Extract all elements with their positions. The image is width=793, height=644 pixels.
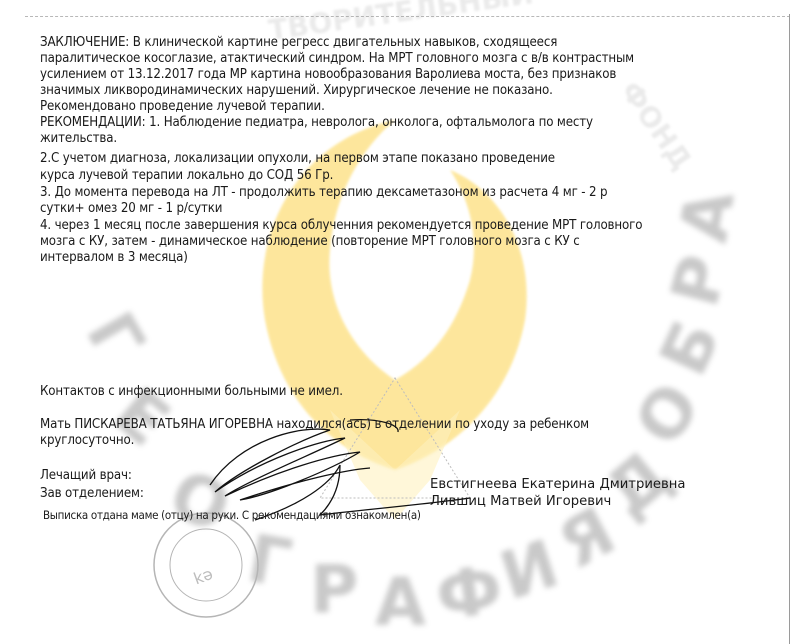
round-stamp-icon: kə bbox=[154, 513, 258, 617]
svg-text:О: О bbox=[158, 455, 241, 548]
recommendation-line: РЕКОМЕНДАЦИИ: 1. Наблюдение педиатра, не… bbox=[40, 115, 593, 131]
svg-text:Р: Р bbox=[310, 551, 358, 628]
recommendation-line: 4. через 1 месяц после завершения курса … bbox=[40, 218, 642, 234]
recommendation-line: 3. До момента перевода на ЛТ - продолжит… bbox=[40, 185, 607, 201]
conclusion-line: значимых ликвородинамических нарушений. … bbox=[40, 83, 553, 99]
caregiver-line: Мать ПИСКАРЕВА ТАТЬЯНА ИГОРЕВНА находилс… bbox=[40, 417, 589, 433]
department-head-label: Зав отделением: bbox=[40, 486, 144, 502]
recommendation-line: 2.С учетом диагноза, локализации опухоли… bbox=[40, 151, 555, 167]
attending-physician-label: Лечащий врач: bbox=[40, 468, 132, 484]
svg-text:kə: kə bbox=[191, 564, 215, 588]
conclusion-line: усилением от 13.12.2017 года МР картина … bbox=[40, 67, 616, 83]
svg-text:Б: Б bbox=[645, 309, 736, 387]
recommendation-line: курса лучевой терапии локально до СОД 56… bbox=[40, 168, 333, 184]
scanned-document-page: Г Е О Г Р А Ф И Я Д О Б Р А ТВОРИТЕЛЬНЫЙ… bbox=[0, 0, 793, 644]
svg-text:О: О bbox=[620, 369, 715, 459]
recommendation-line: мозга с КУ, затем - динамическое наблюде… bbox=[40, 234, 580, 250]
recommendation-line: сутки+ омез 20 мг - 1 р/сутки bbox=[40, 201, 222, 217]
department-head-name: Лившиц Матвей Игоревич bbox=[430, 494, 611, 510]
svg-text:Р: Р bbox=[656, 247, 743, 314]
conclusion-line: паралитическое косоглазие, атактический … bbox=[40, 51, 634, 67]
svg-text:Ф: Ф bbox=[432, 550, 508, 635]
conclusion-line: ЗАКЛЮЧЕНИЕ: В клинической картине регрес… bbox=[40, 35, 557, 51]
svg-text:Г: Г bbox=[71, 300, 159, 375]
svg-text:И: И bbox=[491, 525, 567, 615]
scan-edge-top bbox=[25, 16, 790, 17]
scan-edge-right bbox=[789, 14, 790, 644]
handover-note-text: Выписка отдана маме (отцу) на руки. С ре… bbox=[43, 507, 421, 523]
contacts-note-text: Контактов с инфекционными больными не им… bbox=[40, 384, 343, 400]
attending-physician-name: Евстигнеева Екатерина Дмитриевна bbox=[430, 477, 685, 493]
svg-text:Г: Г bbox=[242, 520, 297, 603]
svg-text:А: А bbox=[665, 184, 750, 248]
svg-text:ФОНД: ФОНД bbox=[614, 75, 698, 176]
recommendation-line: жительства. bbox=[40, 131, 117, 147]
conclusion-line: Рекомендовано проведение лучевой терапии… bbox=[40, 99, 325, 115]
recommendation-line: интервалом в 3 месяца) bbox=[40, 250, 188, 266]
caregiver-line: круглосуточно. bbox=[40, 433, 134, 449]
svg-text:А: А bbox=[375, 564, 426, 641]
